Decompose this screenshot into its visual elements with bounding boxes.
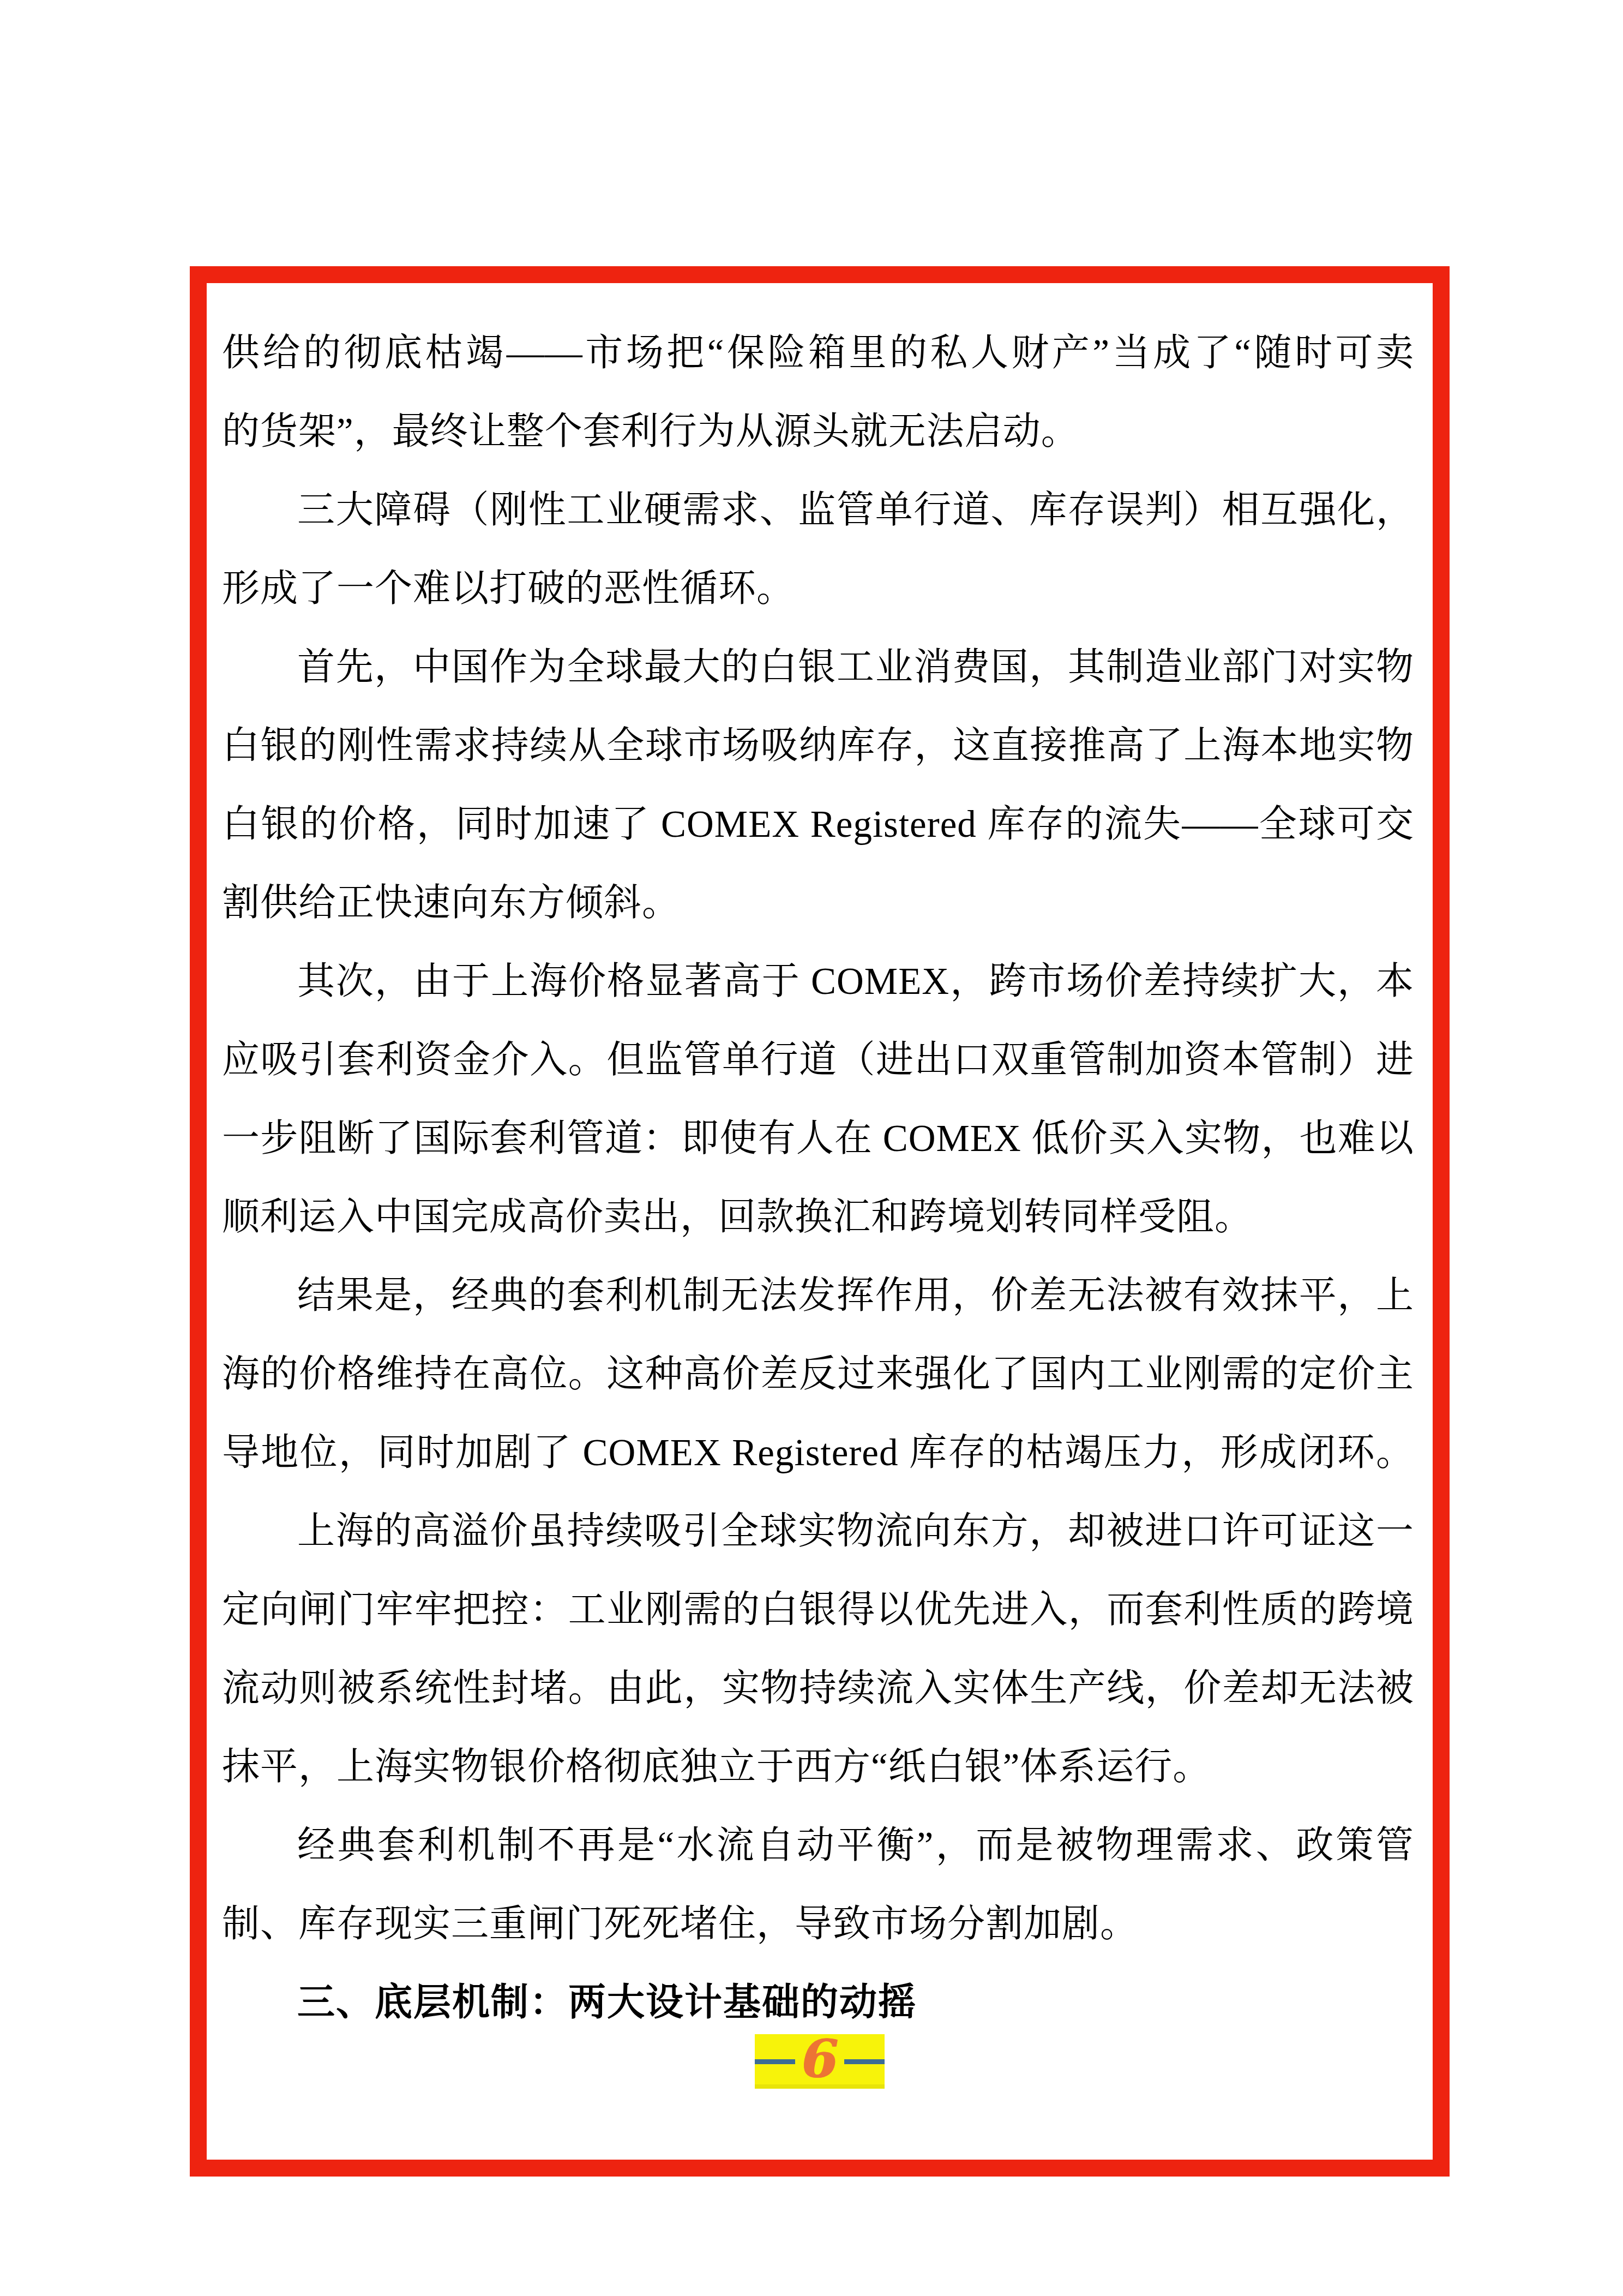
text-line: 流动则被系统性封堵。由此，实物持续流入实体生产线，价差却无法被 (222, 1649, 1414, 1728)
text-line: 供给的彻底枯竭——市场把“保险箱里的私人财产”当成了“随时可卖 (222, 314, 1414, 392)
text-line: 其次，由于上海价格显著高于 COMEX，跨市场价差持续扩大，本 (222, 942, 1414, 1021)
footer-dash-left (755, 2059, 795, 2064)
text-line: 应吸引套利资金介入。但监管单行道（进出口双重管制加资本管制）进 (222, 1021, 1414, 1099)
text-line: 导地位，同时加剧了 COMEX Registered 库存的枯竭压力，形成闭环。 (222, 1413, 1414, 1492)
text-line: 抹平，上海实物银价格彻底独立于西方“纸白银”体系运行。 (222, 1728, 1414, 1806)
text-line: 顺利运入中国完成高价卖出，回款换汇和跨境划转同样受阻。 (222, 1178, 1414, 1256)
text-line: 首先，中国作为全球最大的白银工业消费国，其制造业部门对实物 (222, 628, 1414, 706)
text-line: 定向闸门牢牢把控：工业刚需的白银得以优先进入，而套利性质的跨境 (222, 1570, 1414, 1649)
body-text: 供给的彻底枯竭——市场把“保险箱里的私人财产”当成了“随时可卖的货架”，最终让整… (222, 314, 1414, 2042)
text-line: 结果是，经典的套利机制无法发挥作用，价差无法被有效抹平，上 (222, 1256, 1414, 1335)
page-frame: 供给的彻底枯竭——市场把“保险箱里的私人财产”当成了“随时可卖的货架”，最终让整… (190, 266, 1450, 2177)
text-line: 白银的刚性需求持续从全球市场吸纳库存，这直接推高了上海本地实物 (222, 706, 1414, 785)
text-line: 制、库存现实三重闸门死死堵住，导致市场分割加剧。 (222, 1885, 1414, 1963)
footer-dash-right (844, 2059, 885, 2064)
text-line: 上海的高溢价虽持续吸引全球实物流向东方，却被进口许可证这一 (222, 1492, 1414, 1570)
text-line: 形成了一个难以打破的恶性循环。 (222, 549, 1414, 628)
text-line: 割供给正快速向东方倾斜。 (222, 864, 1414, 942)
text-line: 白银的价格，同时加速了 COMEX Registered 库存的流失——全球可交 (222, 785, 1414, 864)
text-line: 三大障碍（刚性工业硬需求、监管单行道、库存误判）相互强化， (222, 471, 1414, 549)
text-line: 经典套利机制不再是“水流自动平衡”，而是被物理需求、政策管 (222, 1806, 1414, 1885)
page-number: 6 (802, 2033, 838, 2085)
text-line: 一步阻断了国际套利管道：即使有人在 COMEX 低价买入实物，也难以 (222, 1099, 1414, 1178)
text-line: 的货架”，最终让整个套利行为从源头就无法启动。 (222, 392, 1414, 471)
page-footer: 6 (755, 2034, 885, 2089)
text-line: 海的价格维持在高位。这种高价差反过来强化了国内工业刚需的定价主 (222, 1335, 1414, 1413)
